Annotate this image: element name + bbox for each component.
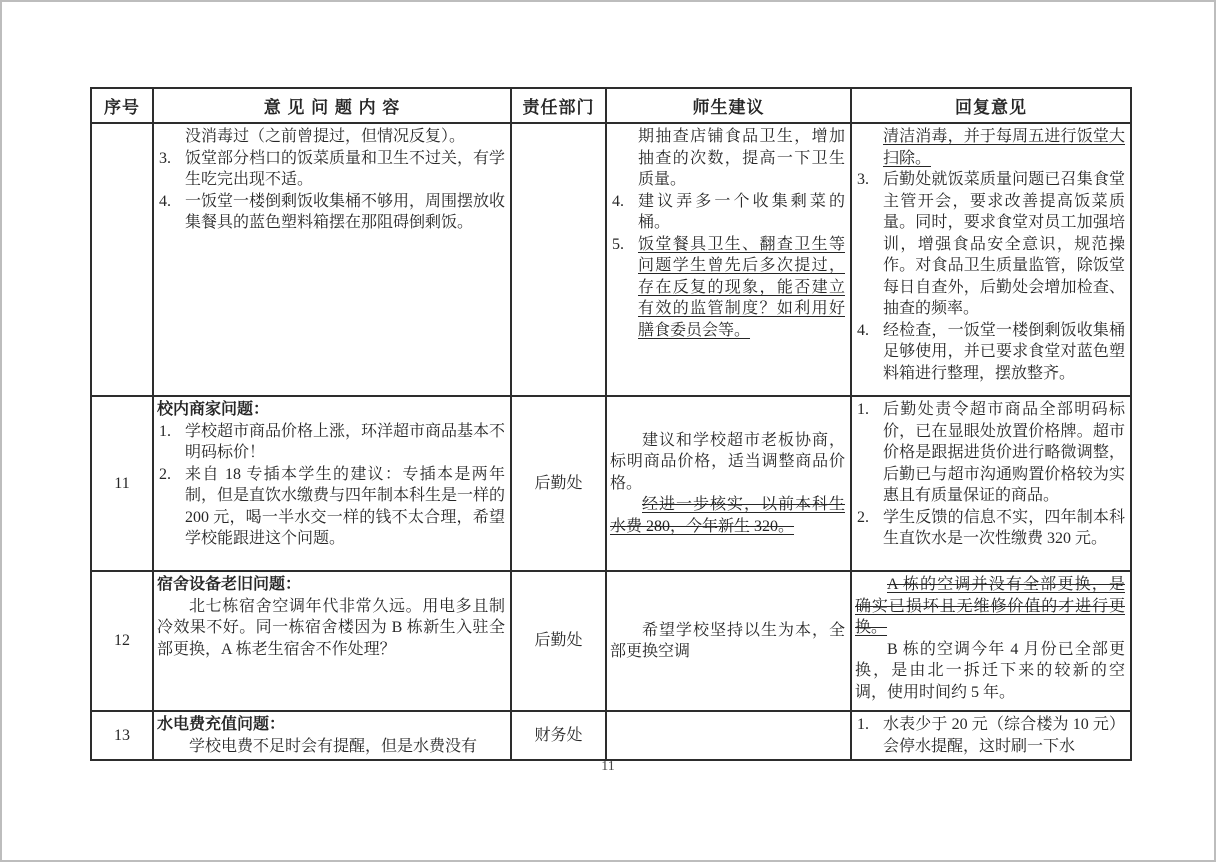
item-text: 没消毒过（之前曾提过，但情况反复）。 — [185, 128, 465, 145]
paragraph: 希望学校坚持以生为本，全部更换空调 — [610, 620, 845, 663]
suggestion-cell: 希望学校坚持以生为本，全部更换空调 — [606, 571, 851, 711]
page-number: 11 — [2, 759, 1214, 775]
department-cell — [511, 123, 606, 396]
column-header: 回复意见 — [851, 88, 1131, 123]
numbered-item: 1.学校超市商品价格上涨，环洋超市商品基本不明码标价！ — [157, 421, 505, 464]
item-text: 清洁消毒，并于每周五进行饭堂大扫除。 — [883, 128, 1125, 167]
reply-cell: 1.后勤处责令超市商品全部明码标价，已在显眼处放置价格牌。超市价格是跟据进货价进… — [851, 396, 1131, 571]
item-text: 饭堂餐具卫生、翻查卫生等问题学生曾先后多次提过，存在反复的现象，能否建立有效的监… — [638, 236, 845, 339]
column-header: 序号 — [91, 88, 153, 123]
row-number-cell — [91, 123, 153, 396]
table-header-row: 序号意 见 问 题 内 容责任部门师生建议回复意见 — [91, 88, 1131, 123]
feedback-table: 序号意 见 问 题 内 容责任部门师生建议回复意见 没消毒过（之前曾提过，但情况… — [90, 87, 1132, 761]
item-text: 经进一步核实，以前本科生水费 280，今年新生 320。 — [610, 496, 845, 535]
item-text: 宿舍设备老旧问题： — [157, 576, 301, 593]
item-text: 后勤处就饭菜质量问题已召集食堂主管开会，要求改善提高饭菜质量。同时，要求食堂对员… — [883, 171, 1125, 317]
item-number: 4. — [159, 191, 171, 213]
paragraph: 宿舍设备老旧问题： — [157, 574, 505, 596]
numbered-item: 3.饭堂部分档口的饭菜质量和卫生不过关，有学生吃完出现不适。 — [157, 148, 505, 191]
paragraph: 学校电费不足时会有提醒，但是水费没有 — [157, 736, 505, 758]
paragraph: A 栋的空调并没有全部更换，是确实已损坏且无维修价值的才进行更换。 — [855, 574, 1125, 639]
item-number: 3. — [159, 148, 171, 170]
item-number: 2. — [857, 507, 869, 529]
item-number: 2. — [159, 464, 171, 486]
item-number: 5. — [612, 234, 624, 256]
item-text: 一饭堂一楼倒剩饭收集桶不够用，周围摆放收集餐具的蓝色塑料箱摆在那阻碍倒剩饭。 — [185, 193, 505, 232]
item-text: 后勤处责令超市商品全部明码标价，已在显眼处放置价格牌。超市价格是跟据进货价进行略… — [883, 401, 1125, 504]
item-number: 1. — [159, 421, 171, 443]
suggestion-cell: 建议和学校超市老板协商，标明商品价格，适当调整商品价格。经进一步核实，以前本科生… — [606, 396, 851, 571]
paragraph: 没消毒过（之前曾提过，但情况反复）。 — [157, 126, 505, 148]
item-number: 1. — [857, 399, 869, 421]
item-text: 校内商家问题： — [157, 401, 269, 418]
item-text: 学校电费不足时会有提醒，但是水费没有 — [189, 738, 477, 755]
row-number-cell: 13 — [91, 711, 153, 760]
reply-cell: 清洁消毒，并于每周五进行饭堂大扫除。3.后勤处就饭菜质量问题已召集食堂主管开会，… — [851, 123, 1131, 396]
paragraph: 清洁消毒，并于每周五进行饭堂大扫除。 — [855, 126, 1125, 169]
paragraph: 期抽查店铺食品卫生，增加抽查的次数，提高一下卫生质量。 — [610, 126, 845, 191]
item-text: 北七栋宿舍空调年代非常久远。用电多且制冷效果不好。同一栋宿舍楼因为 B 栋新生入… — [157, 598, 505, 658]
item-text: 学校超市商品价格上涨，环洋超市商品基本不明码标价！ — [185, 423, 505, 462]
table-body: 没消毒过（之前曾提过，但情况反复）。3.饭堂部分档口的饭菜质量和卫生不过关，有学… — [91, 123, 1131, 760]
numbered-item: 2.来自 18 专插本学生的建议：专插本是两年制，但是直饮水缴费与四年制本科生是… — [157, 464, 505, 550]
item-text: 希望学校坚持以生为本，全部更换空调 — [610, 622, 845, 661]
item-text: 经检查，一饭堂一楼倒剩饭收集桶足够使用，并已要求食堂对蓝色塑料箱进行整理，摆放整… — [883, 322, 1125, 382]
department-cell: 后勤处 — [511, 396, 606, 571]
reply-cell: 1.水表少于 20 元（综合楼为 10 元）会停水提醒，这时刷一下水 — [851, 711, 1131, 760]
item-text: 期抽查店铺食品卫生，增加抽查的次数，提高一下卫生质量。 — [638, 128, 845, 188]
issue-content-cell: 校内商家问题：1.学校超市商品价格上涨，环洋超市商品基本不明码标价！2.来自 1… — [153, 396, 511, 571]
issue-content-cell: 宿舍设备老旧问题：北七栋宿舍空调年代非常久远。用电多且制冷效果不好。同一栋宿舍楼… — [153, 571, 511, 711]
item-number: 4. — [612, 191, 624, 213]
numbered-item: 1.水表少于 20 元（综合楼为 10 元）会停水提醒，这时刷一下水 — [855, 714, 1125, 757]
paragraph: B 栋的空调今年 4 月份已全部更换，是由北一拆迁下来的较新的空调，使用时间约 … — [855, 639, 1125, 704]
issue-content-cell: 没消毒过（之前曾提过，但情况反复）。3.饭堂部分档口的饭菜质量和卫生不过关，有学… — [153, 123, 511, 396]
numbered-item: 4.经检查，一饭堂一楼倒剩饭收集桶足够使用，并已要求食堂对蓝色塑料箱进行整理，摆… — [855, 320, 1125, 385]
table-row: 12宿舍设备老旧问题：北七栋宿舍空调年代非常久远。用电多且制冷效果不好。同一栋宿… — [91, 571, 1131, 711]
numbered-item: 2.学生反馈的信息不实，四年制本科生直饮水是一次性缴费 320 元。 — [855, 507, 1125, 550]
paragraph: 校内商家问题： — [157, 399, 505, 421]
paragraph: 经进一步核实，以前本科生水费 280，今年新生 320。 — [610, 494, 845, 537]
reply-cell: A 栋的空调并没有全部更换，是确实已损坏且无维修价值的才进行更换。B 栋的空调今… — [851, 571, 1131, 711]
table-row: 11校内商家问题：1.学校超市商品价格上涨，环洋超市商品基本不明码标价！2.来自… — [91, 396, 1131, 571]
suggestion-cell: 期抽查店铺食品卫生，增加抽查的次数，提高一下卫生质量。4.建议弄多一个收集剩菜的… — [606, 123, 851, 396]
item-text: 来自 18 专插本学生的建议：专插本是两年制，但是直饮水缴费与四年制本科生是一样… — [185, 466, 505, 548]
numbered-item: 4.一饭堂一楼倒剩饭收集桶不够用，周围摆放收集餐具的蓝色塑料箱摆在那阻碍倒剩饭。 — [157, 191, 505, 234]
item-text: 水表少于 20 元（综合楼为 10 元）会停水提醒，这时刷一下水 — [883, 716, 1125, 755]
numbered-item: 1.后勤处责令超市商品全部明码标价，已在显眼处放置价格牌。超市价格是跟据进货价进… — [855, 399, 1125, 507]
column-header: 意 见 问 题 内 容 — [153, 88, 511, 123]
item-text: B 栋的空调今年 4 月份已全部更换，是由北一拆迁下来的较新的空调，使用时间约 … — [855, 641, 1125, 701]
item-number: 3. — [857, 169, 869, 191]
issue-content-cell: 水电费充值问题：学校电费不足时会有提醒，但是水费没有 — [153, 711, 511, 760]
item-number: 1. — [857, 714, 869, 736]
item-text: A 栋的空调并没有全部更换，是确实已损坏且无维修价值的才进行更换。 — [855, 576, 1125, 636]
suggestion-cell — [606, 711, 851, 760]
numbered-item: 4.建议弄多一个收集剩菜的桶。 — [610, 191, 845, 234]
table-row: 13水电费充值问题：学校电费不足时会有提醒，但是水费没有财务处1.水表少于 20… — [91, 711, 1131, 760]
item-number: 4. — [857, 320, 869, 342]
table-row: 没消毒过（之前曾提过，但情况反复）。3.饭堂部分档口的饭菜质量和卫生不过关，有学… — [91, 123, 1131, 396]
item-text: 学生反馈的信息不实，四年制本科生直饮水是一次性缴费 320 元。 — [883, 509, 1125, 548]
row-number-cell: 12 — [91, 571, 153, 711]
numbered-item: 5.饭堂餐具卫生、翻查卫生等问题学生曾先后多次提过，存在反复的现象，能否建立有效… — [610, 234, 845, 342]
paragraph: 水电费充值问题： — [157, 714, 505, 736]
department-cell: 财务处 — [511, 711, 606, 760]
column-header: 责任部门 — [511, 88, 606, 123]
column-header: 师生建议 — [606, 88, 851, 123]
department-cell: 后勤处 — [511, 571, 606, 711]
item-text: 水电费充值问题： — [157, 716, 285, 733]
item-text: 饭堂部分档口的饭菜质量和卫生不过关，有学生吃完出现不适。 — [185, 150, 505, 189]
item-text: 建议和学校超市老板协商，标明商品价格，适当调整商品价格。 — [610, 432, 845, 492]
document-page: 序号意 见 问 题 内 容责任部门师生建议回复意见 没消毒过（之前曾提过，但情况… — [0, 0, 1216, 862]
numbered-item: 3.后勤处就饭菜质量问题已召集食堂主管开会，要求改善提高饭菜质量。同时，要求食堂… — [855, 169, 1125, 320]
row-number-cell: 11 — [91, 396, 153, 571]
paragraph: 北七栋宿舍空调年代非常久远。用电多且制冷效果不好。同一栋宿舍楼因为 B 栋新生入… — [157, 596, 505, 661]
item-text: 建议弄多一个收集剩菜的桶。 — [638, 193, 845, 232]
paragraph: 建议和学校超市老板协商，标明商品价格，适当调整商品价格。 — [610, 430, 845, 495]
